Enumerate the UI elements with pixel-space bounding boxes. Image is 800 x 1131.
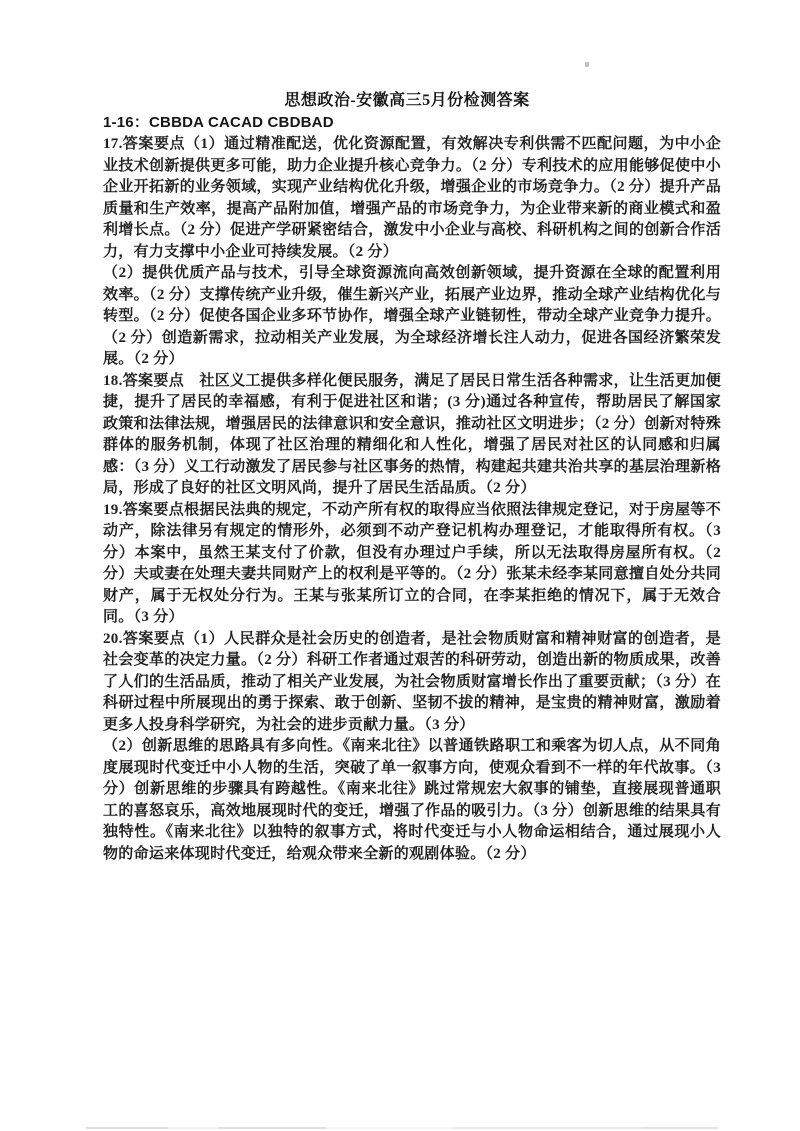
answer-q20-part2: （2）创新思维的思路具有多向性。《南来北往》以普通铁路职工和乘客为切人点，从不同… (103, 736, 721, 865)
scan-artifact-speck (585, 62, 589, 67)
answer-q18: 18.答案要点 社区义工提供多样化便民服务，满足了居民日常生活各种需求，让生活更… (103, 371, 721, 500)
answer-q20-part1: 20.答案要点（1）人民群众是社会历史的创造者，是社会物质财富和精神财富的创造者… (103, 629, 721, 737)
document-content: 思想政治-安徽高三5月份检测答案 1-16：CBBDA CACAD CBDBAD… (103, 90, 721, 865)
scan-page-bottom-edge (86, 1127, 718, 1129)
answer-q19: 19.答案要点根据民法典的规定，不动产所有权的取得应当依照法律规定登记，对于房屋… (103, 500, 721, 629)
page-title: 思想政治-安徽高三5月份检测答案 (98, 90, 716, 112)
scan-artifact-smudge (411, 856, 415, 859)
answer-q17-part2: （2）提供优质产品与技术，引导全球资源流向高效创新领域，提升资源在全球的配置利用… (103, 263, 721, 371)
multiple-choice-answer-key: 1-16：CBBDA CACAD CBDBAD (103, 112, 721, 134)
answer-q17-part1: 17.答案要点（1）通过精准配送，优化资源配置，有效解决专利供需不匹配问题，为中… (103, 134, 721, 263)
scanned-answer-sheet-page: 思想政治-安徽高三5月份检测答案 1-16：CBBDA CACAD CBDBAD… (0, 0, 800, 1131)
